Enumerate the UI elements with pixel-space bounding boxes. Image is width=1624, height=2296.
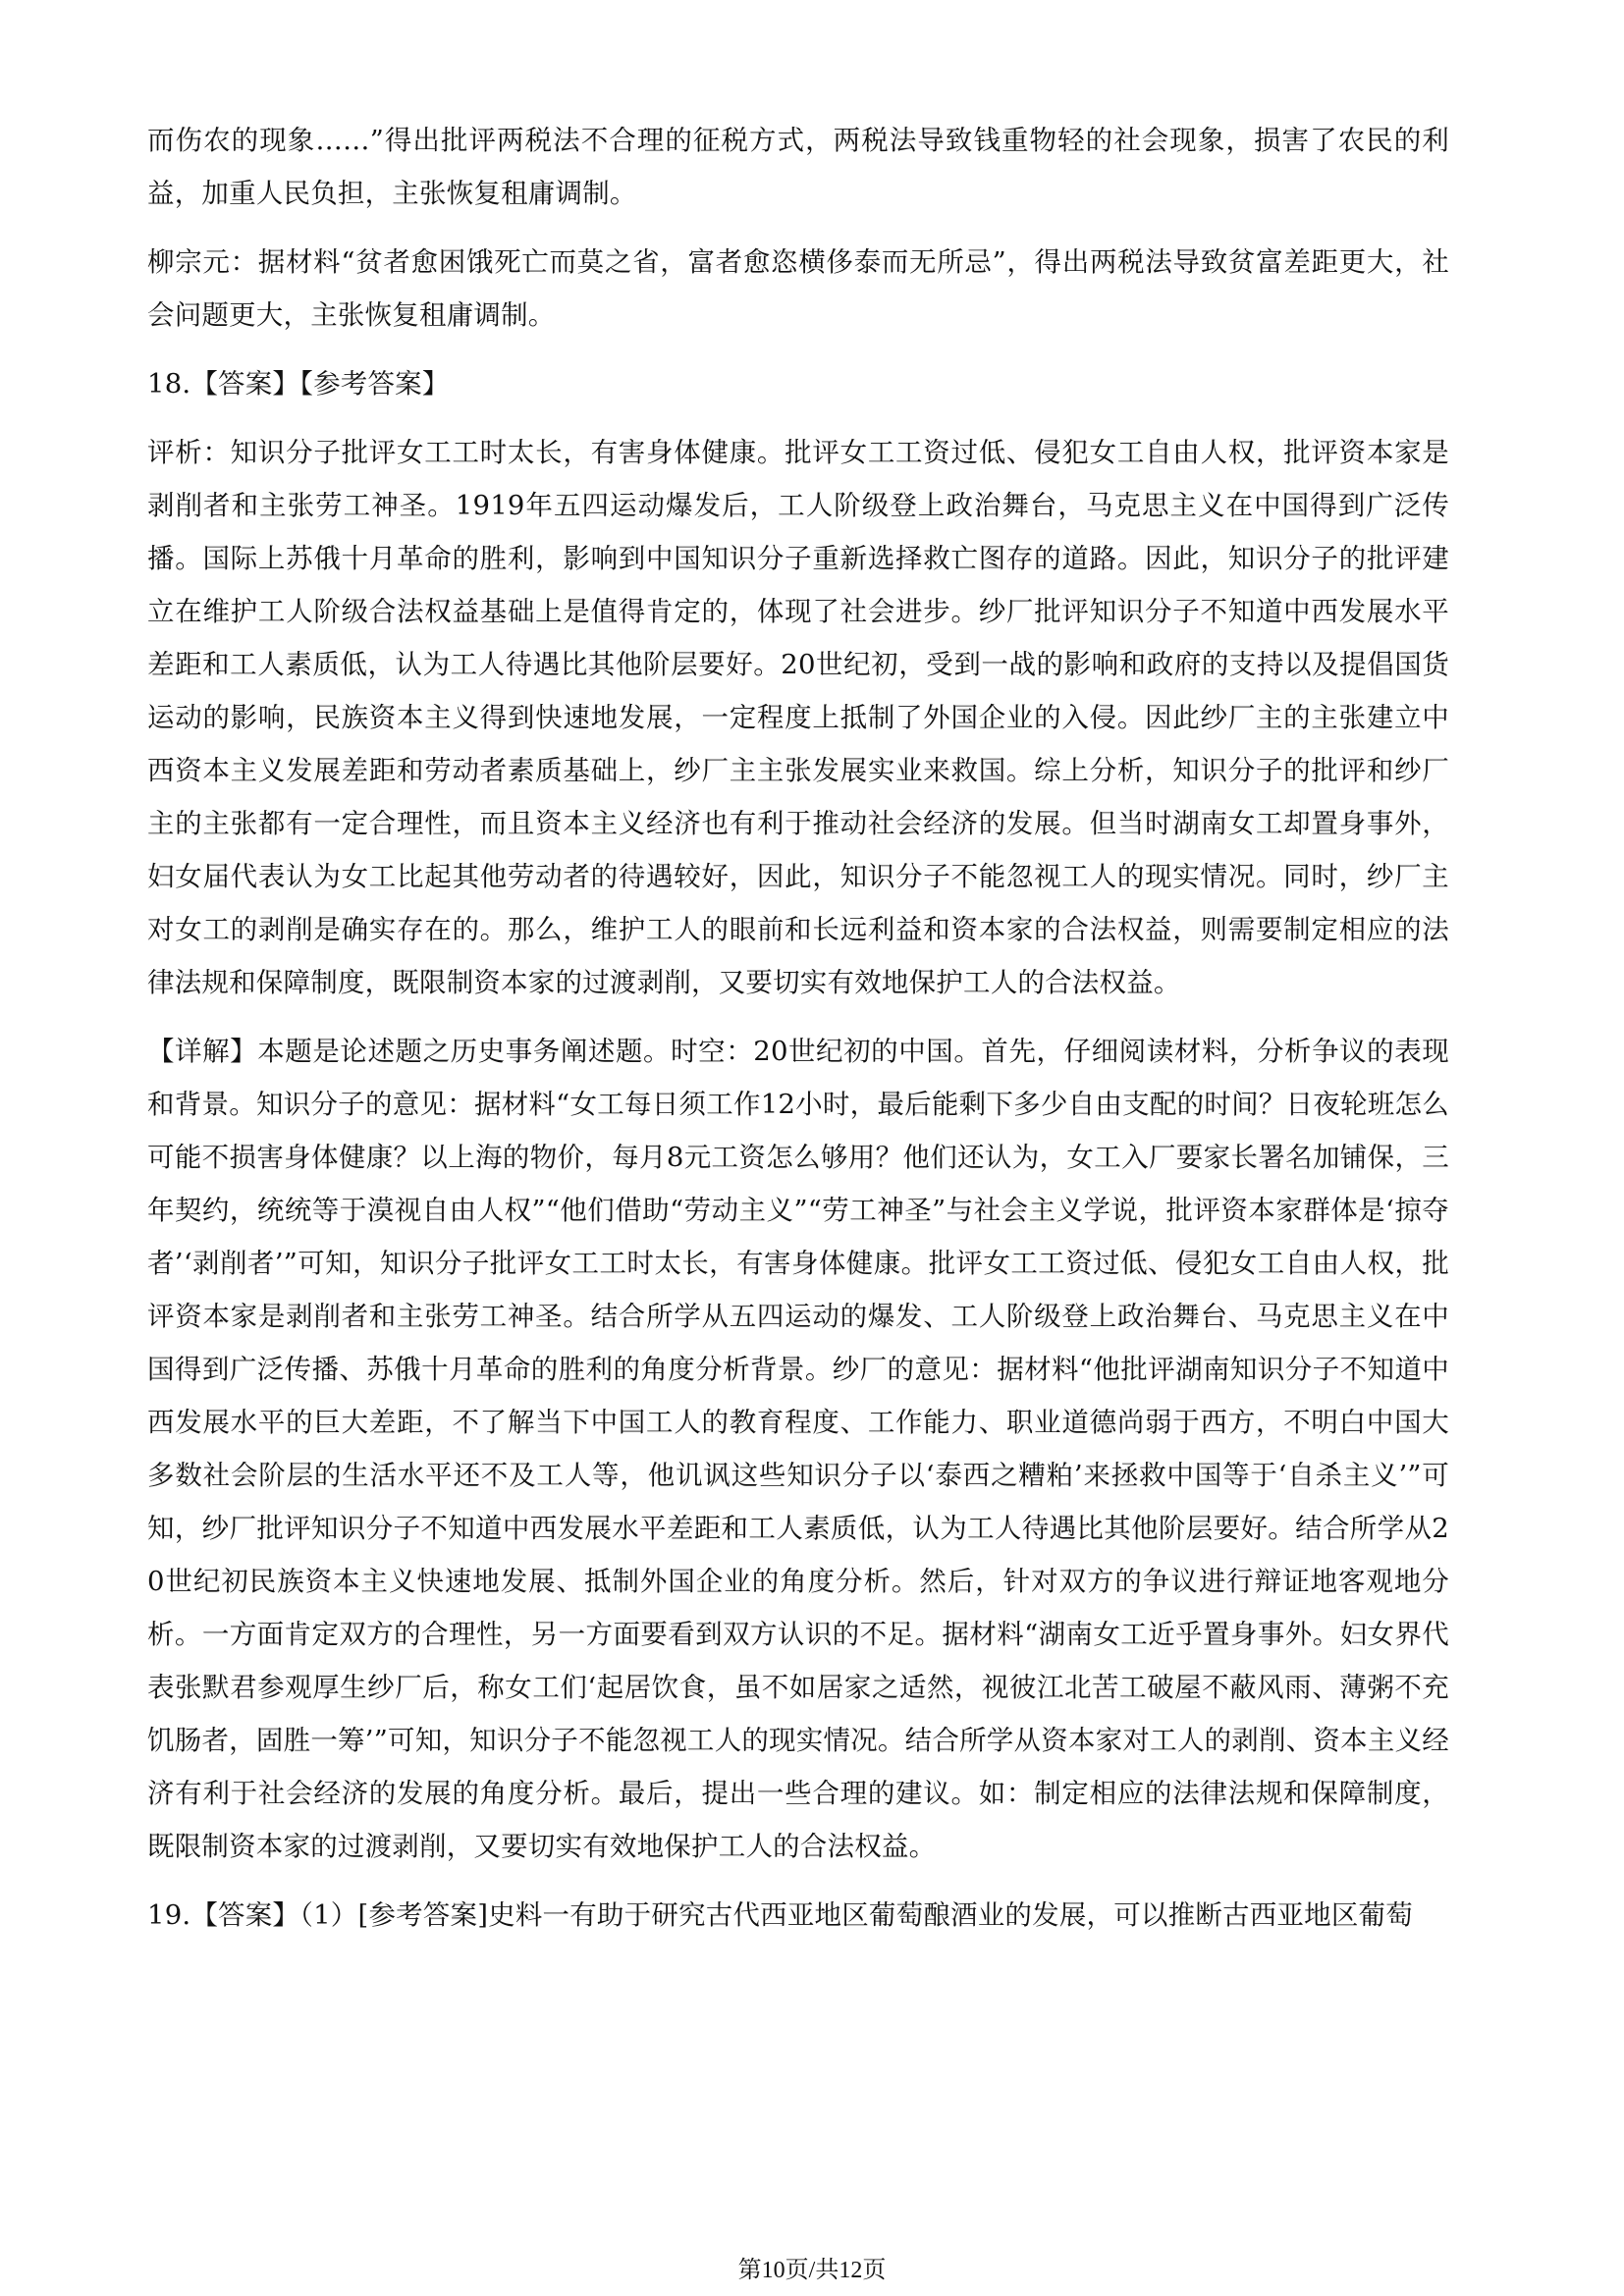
- question-18-header: 18.【答案】【参考答案】: [147, 357, 1449, 410]
- document-page: 而伤农的现象……”得出批评两税法不合理的征税方式，两税法导致钱重物轻的社会现象，…: [147, 114, 1449, 1957]
- page-number-footer: 第10页/共12页: [0, 2250, 1624, 2284]
- paragraph-q17-liu-zongyuan: 柳宗元：据材料“贫者愈困饿死亡而莫之省，富者愈恣横侈泰而无所忌”，得出两税法导致…: [147, 236, 1449, 342]
- paragraph-q18-detail: 【详解】本题是论述题之历史事务阐述题。时空：20世纪初的中国。首先，仔细阅读材料…: [147, 1025, 1449, 1873]
- question-19-start: 19.【答案】（1）[参考答案]史料一有助于研究古代西亚地区葡萄酿酒业的发展，可…: [147, 1889, 1449, 1942]
- paragraph-q18-analysis: 评析：知识分子批评女工工时太长，有害身体健康。批评女工工资过低、侵犯女工自由人权…: [147, 426, 1449, 1009]
- paragraph-q17-continuation: 而伤农的现象……”得出批评两税法不合理的征税方式，两税法导致钱重物轻的社会现象，…: [147, 114, 1449, 220]
